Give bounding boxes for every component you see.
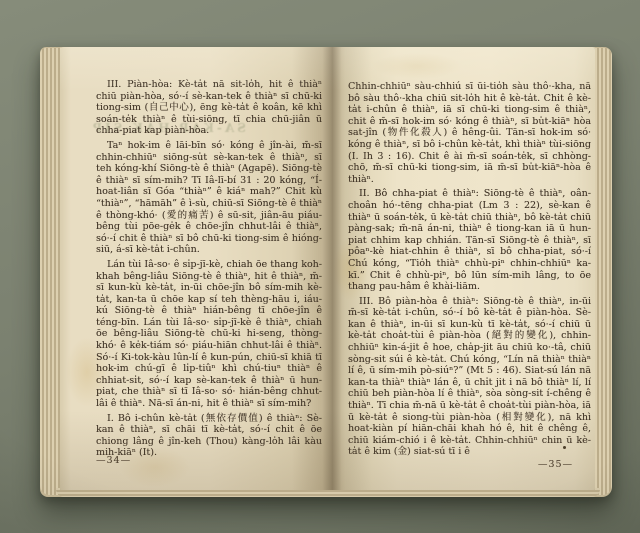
paragraph: Taⁿ hok-im ê lāi-bīn só· kóng ê jîn-ài, … [96, 140, 322, 256]
open-book: SA-KAP HAK-SIP III. Piàn-hòa: Kè-ta̍t nā… [40, 47, 612, 497]
left-page-number: —34— [96, 455, 131, 466]
left-page-text: III. Piàn-hòa: Kè-ta̍t nā sit-lo̍h, hit … [96, 79, 322, 463]
foxing-spot [372, 53, 462, 79]
left-page: SA-KAP HAK-SIP III. Piàn-hòa: Kè-ta̍t nā… [60, 47, 332, 490]
paragraph: III. Piàn-hòa: Kè-ta̍t nā sit-lo̍h, hit … [96, 79, 322, 137]
paragraph: III. Bô piàn-hòa ê thiàⁿ: Siōng-tè ê thi… [348, 296, 591, 458]
right-page: Chhin-chhiūⁿ sàu-chhiú sī ūi-tio̍h sàu t… [332, 47, 595, 490]
ink-speck [563, 446, 566, 449]
page-stack-right-edge [595, 48, 612, 495]
page-stack-left-edge [40, 48, 62, 495]
paragraph: Lán tùi Iâ-so· ê si̍p-jī-kè, chiah ōe th… [96, 259, 322, 410]
right-page-number: —35— [538, 459, 573, 470]
photo-background: SA-KAP HAK-SIP III. Piàn-hòa: Kè-ta̍t nā… [0, 0, 640, 533]
paragraph: II. Bô chha-piat ê thiàⁿ: Siōng-tè ê thi… [348, 188, 591, 292]
paragraph: I. Bô i-chûn kè-ta̍t (無依存價值) ê thiàⁿ: Sè… [96, 413, 322, 459]
paragraph: Chhin-chhiūⁿ sàu-chhiú sī ūi-tio̍h sàu t… [348, 81, 591, 185]
right-page-text: Chhin-chhiūⁿ sàu-chhiú sī ūi-tio̍h sàu t… [348, 81, 591, 469]
